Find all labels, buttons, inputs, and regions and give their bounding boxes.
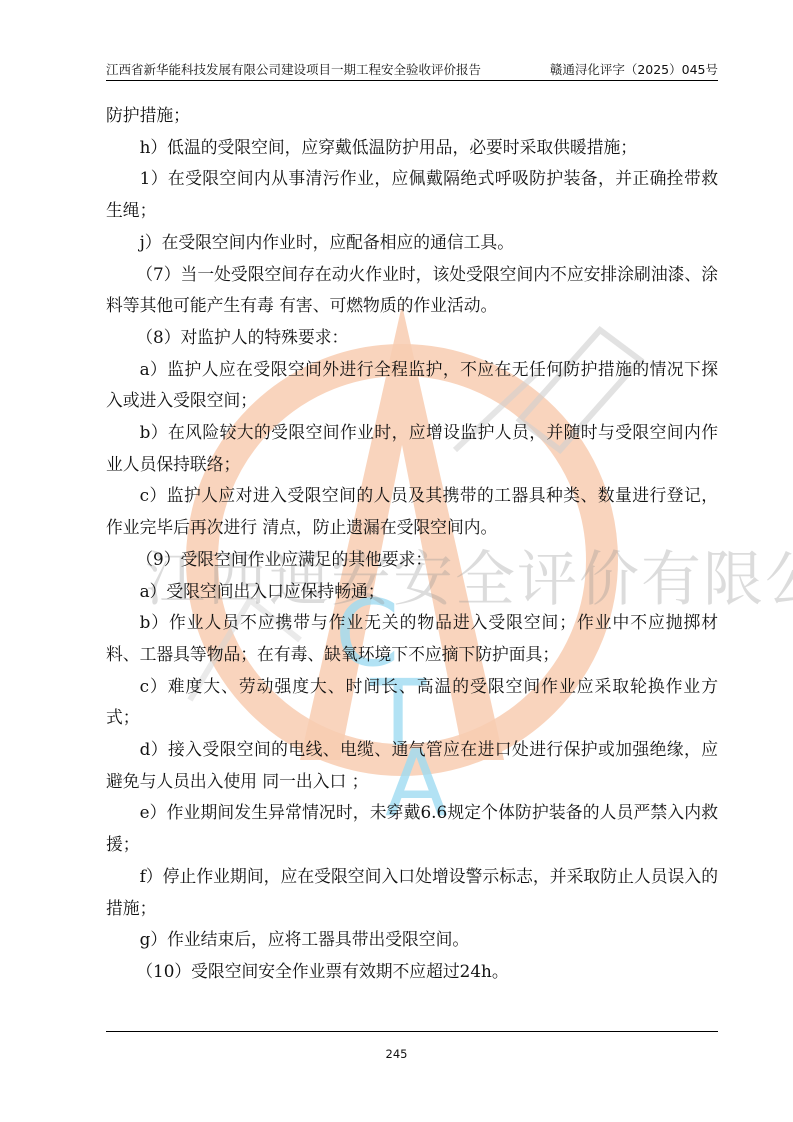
paragraph: c）监护人应对进入受限空间的人员及其携带的工器具种类、数量进行登记，作业完毕后再…: [106, 480, 718, 543]
paragraph: e）作业期间发生异常情况时，未穿戴6.6规定个体防护装备的人员严禁入内救援；: [106, 797, 718, 860]
paragraph: b）在风险较大的受限空间作业时，应增设监护人员，并随时与受限空间内作业人员保持联…: [106, 417, 718, 480]
paragraph: （7）当一处受限空间存在动火作业时，该处受限空间内不应安排涂刷油漆、涂料等其他可…: [106, 259, 718, 322]
body-content: 防护措施； h）低温的受限空间，应穿戴低温防护用品，必要时采取供暖措施； 1）在…: [106, 100, 718, 988]
paragraph: （9）受限空间作业应满足的其他要求：: [106, 544, 718, 576]
paragraph: a）受限空间出入口应保持畅通；: [106, 576, 718, 608]
paragraph: b）作业人员不应携带与作业无关的物品进入受限空间；作业中不应抛掷材料、工器具等物…: [106, 607, 718, 670]
document-number: 赣通浔化评字（2025）045号: [550, 62, 718, 78]
paragraph: （8）对监护人的特殊要求：: [106, 322, 718, 354]
paragraph: c）难度大、劳动强度大、时间长、高温的受限空间作业应采取轮换作业方式；: [106, 671, 718, 734]
paragraph: g）作业结束后，应将工器具带出受限空间。: [106, 924, 718, 956]
page-number: 245: [0, 1047, 793, 1061]
paragraph: d）接入受限空间的电线、电缆、通气管应在进口处进行保护或加强绝缘，应避免与人员出…: [106, 734, 718, 797]
paragraph: 防护措施；: [106, 100, 718, 132]
paragraph: f）停止作业期间，应在受限空间入口处增设警示标志，并采取防止人员误入的措施；: [106, 861, 718, 924]
report-title: 江西省新华能科技发展有限公司建设项目一期工程安全验收评价报告: [106, 62, 481, 78]
paragraph: h）低温的受限空间，应穿戴低温防护用品，必要时采取供暖措施；: [106, 132, 718, 164]
paragraph: a）监护人应在受限空间外进行全程监护，不应在无任何防护措施的情况下探入或进入受限…: [106, 354, 718, 417]
paragraph: 1）在受限空间内从事清污作业，应佩戴隔绝式呼吸防护装备，并正确拴带救生绳；: [106, 163, 718, 226]
paragraph: j）在受限空间内作业时，应配备相应的通信工具。: [106, 227, 718, 259]
paragraph: （10）受限空间安全作业票有效期不应超过24h。: [106, 956, 718, 988]
footer-divider: [106, 1031, 718, 1032]
page-header: 江西省新华能科技发展有限公司建设项目一期工程安全验收评价报告 赣通浔化评字（20…: [106, 62, 718, 81]
document-page: 江西省新华能科技发展有限公司建设项目一期工程安全验收评价报告 赣通浔化评字（20…: [0, 0, 793, 1122]
